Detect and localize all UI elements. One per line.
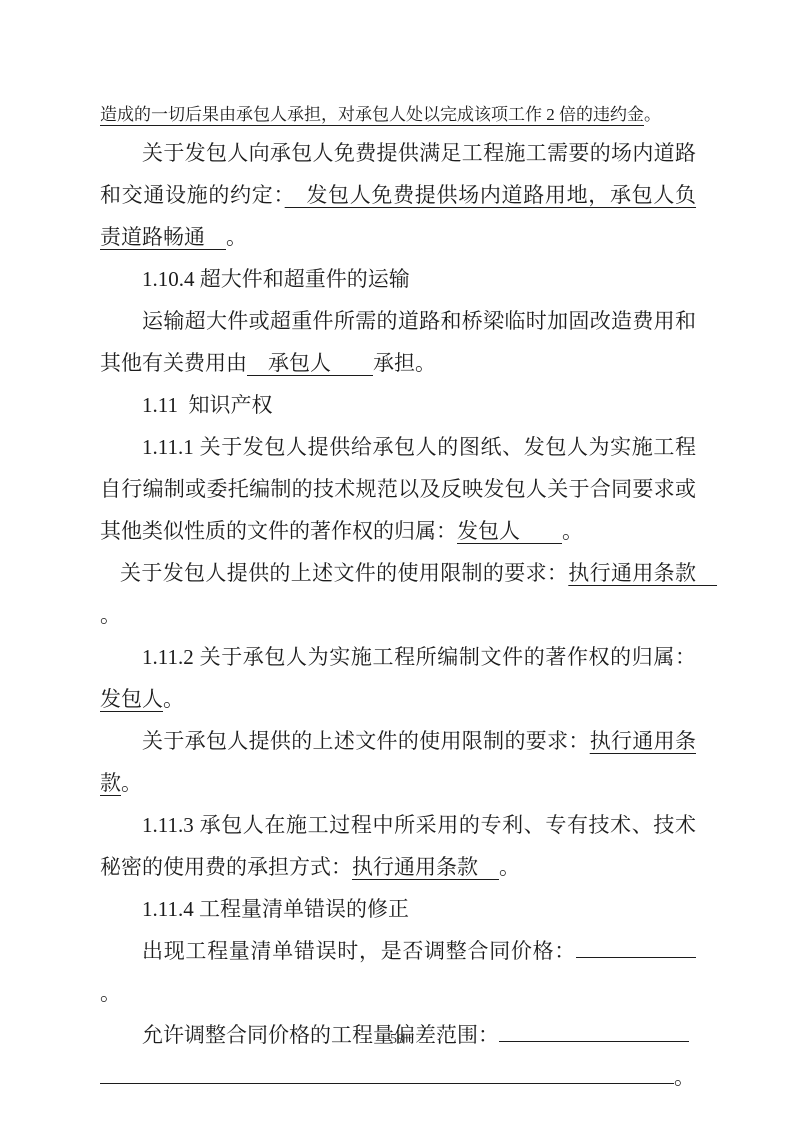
sentence-end: 。 (163, 687, 184, 711)
page-content: 造成的一切后果由承包人承担，对承包人处以完成该项工作 2 倍的违约金。 关于发包… (100, 98, 696, 1098)
paragraph-1-11-1: 1.11.1 关于发包人提供给承包人的图纸、发包人为实施工程自行编制或委托编制的… (100, 426, 696, 552)
blank-underline-field (576, 934, 696, 958)
paragraph-text: 出现工程量清单错误时，是否调整合同价格： (142, 939, 576, 963)
underlined-text: 造成的一切后果由承包人承担，对承包人处以完成该项工作 2 倍的违约金 (100, 105, 644, 124)
paragraph-quantity-error: 出现工程量清单错误时，是否调整合同价格：。 (100, 930, 696, 1014)
paragraph-text: 承担。 (373, 351, 436, 375)
heading-text: 1.11 知识产权 (142, 393, 272, 417)
blank-underline-field (100, 1060, 674, 1084)
sentence-end: 。 (100, 603, 121, 627)
filled-in-value: 执行通用条款 (568, 561, 717, 585)
paragraph-1-11-2-restriction: 关于承包人提供的上述文件的使用限制的要求：执行通用条款。 (100, 720, 696, 804)
paragraph-continuation: 造成的一切后果由承包人承担，对承包人处以完成该项工作 2 倍的违约金。 (100, 98, 696, 132)
filled-in-value: 发包人 (100, 687, 163, 711)
paragraph-text: 关于发包人提供的上述文件的使用限制的要求： (120, 561, 568, 585)
sentence-end: 。 (644, 105, 661, 124)
page-number: 58 (0, 1032, 794, 1048)
filled-in-value: 发包人 (457, 519, 562, 543)
heading-text: 1.11.4 工程量清单错误的修正 (142, 897, 409, 921)
paragraph-site-roads: 关于发包人向承包人免费提供满足工程施工需要的场内道路和交通设施的约定： 发包人免… (100, 132, 696, 258)
paragraph-oversize-transport: 运输超大件或超重件所需的道路和桥梁临时加固改造费用和其他有关费用由 承包人 承担… (100, 300, 696, 384)
paragraph-1-11-3: 1.11.3 承包人在施工过程中所采用的专利、专有技术、技术秘密的使用费的承担方… (100, 804, 696, 888)
sentence-end: 。 (562, 519, 583, 543)
filled-in-value: 承包人 (247, 351, 373, 375)
heading-text: 1.10.4 超大件和超重件的运输 (142, 267, 410, 291)
heading-1-11-4: 1.11.4 工程量清单错误的修正 (100, 888, 696, 930)
sentence-end: 。 (121, 771, 142, 795)
filled-in-value: 执行通用条款 (352, 855, 499, 879)
sentence-end: 。 (226, 225, 247, 249)
paragraph-blank-line: 。 (100, 1056, 696, 1098)
sentence-end: 。 (499, 855, 520, 879)
paragraph-1-11-2: 1.11.2 关于承包人为实施工程所编制文件的著作权的归属：发包人。 (100, 636, 696, 720)
document-page: 造成的一切后果由承包人承担，对承包人处以完成该项工作 2 倍的违约金。 关于发包… (0, 0, 794, 1122)
heading-1-10-4: 1.10.4 超大件和超重件的运输 (100, 258, 696, 300)
paragraph-1-11-1-restriction: 关于发包人提供的上述文件的使用限制的要求：执行通用条款 。 (100, 552, 696, 636)
paragraph-text: 1.11.2 关于承包人为实施工程所编制文件的著作权的归属： (142, 645, 696, 669)
sentence-end: 。 (674, 1065, 695, 1089)
sentence-end: 。 (100, 981, 121, 1005)
paragraph-text: 关于承包人提供的上述文件的使用限制的要求： (142, 729, 590, 753)
heading-1-11: 1.11 知识产权 (100, 384, 696, 426)
paragraph-text: 1.11.1 关于发包人提供给承包人的图纸、发包人为实施工程自行编制或委托编制的… (100, 435, 696, 543)
